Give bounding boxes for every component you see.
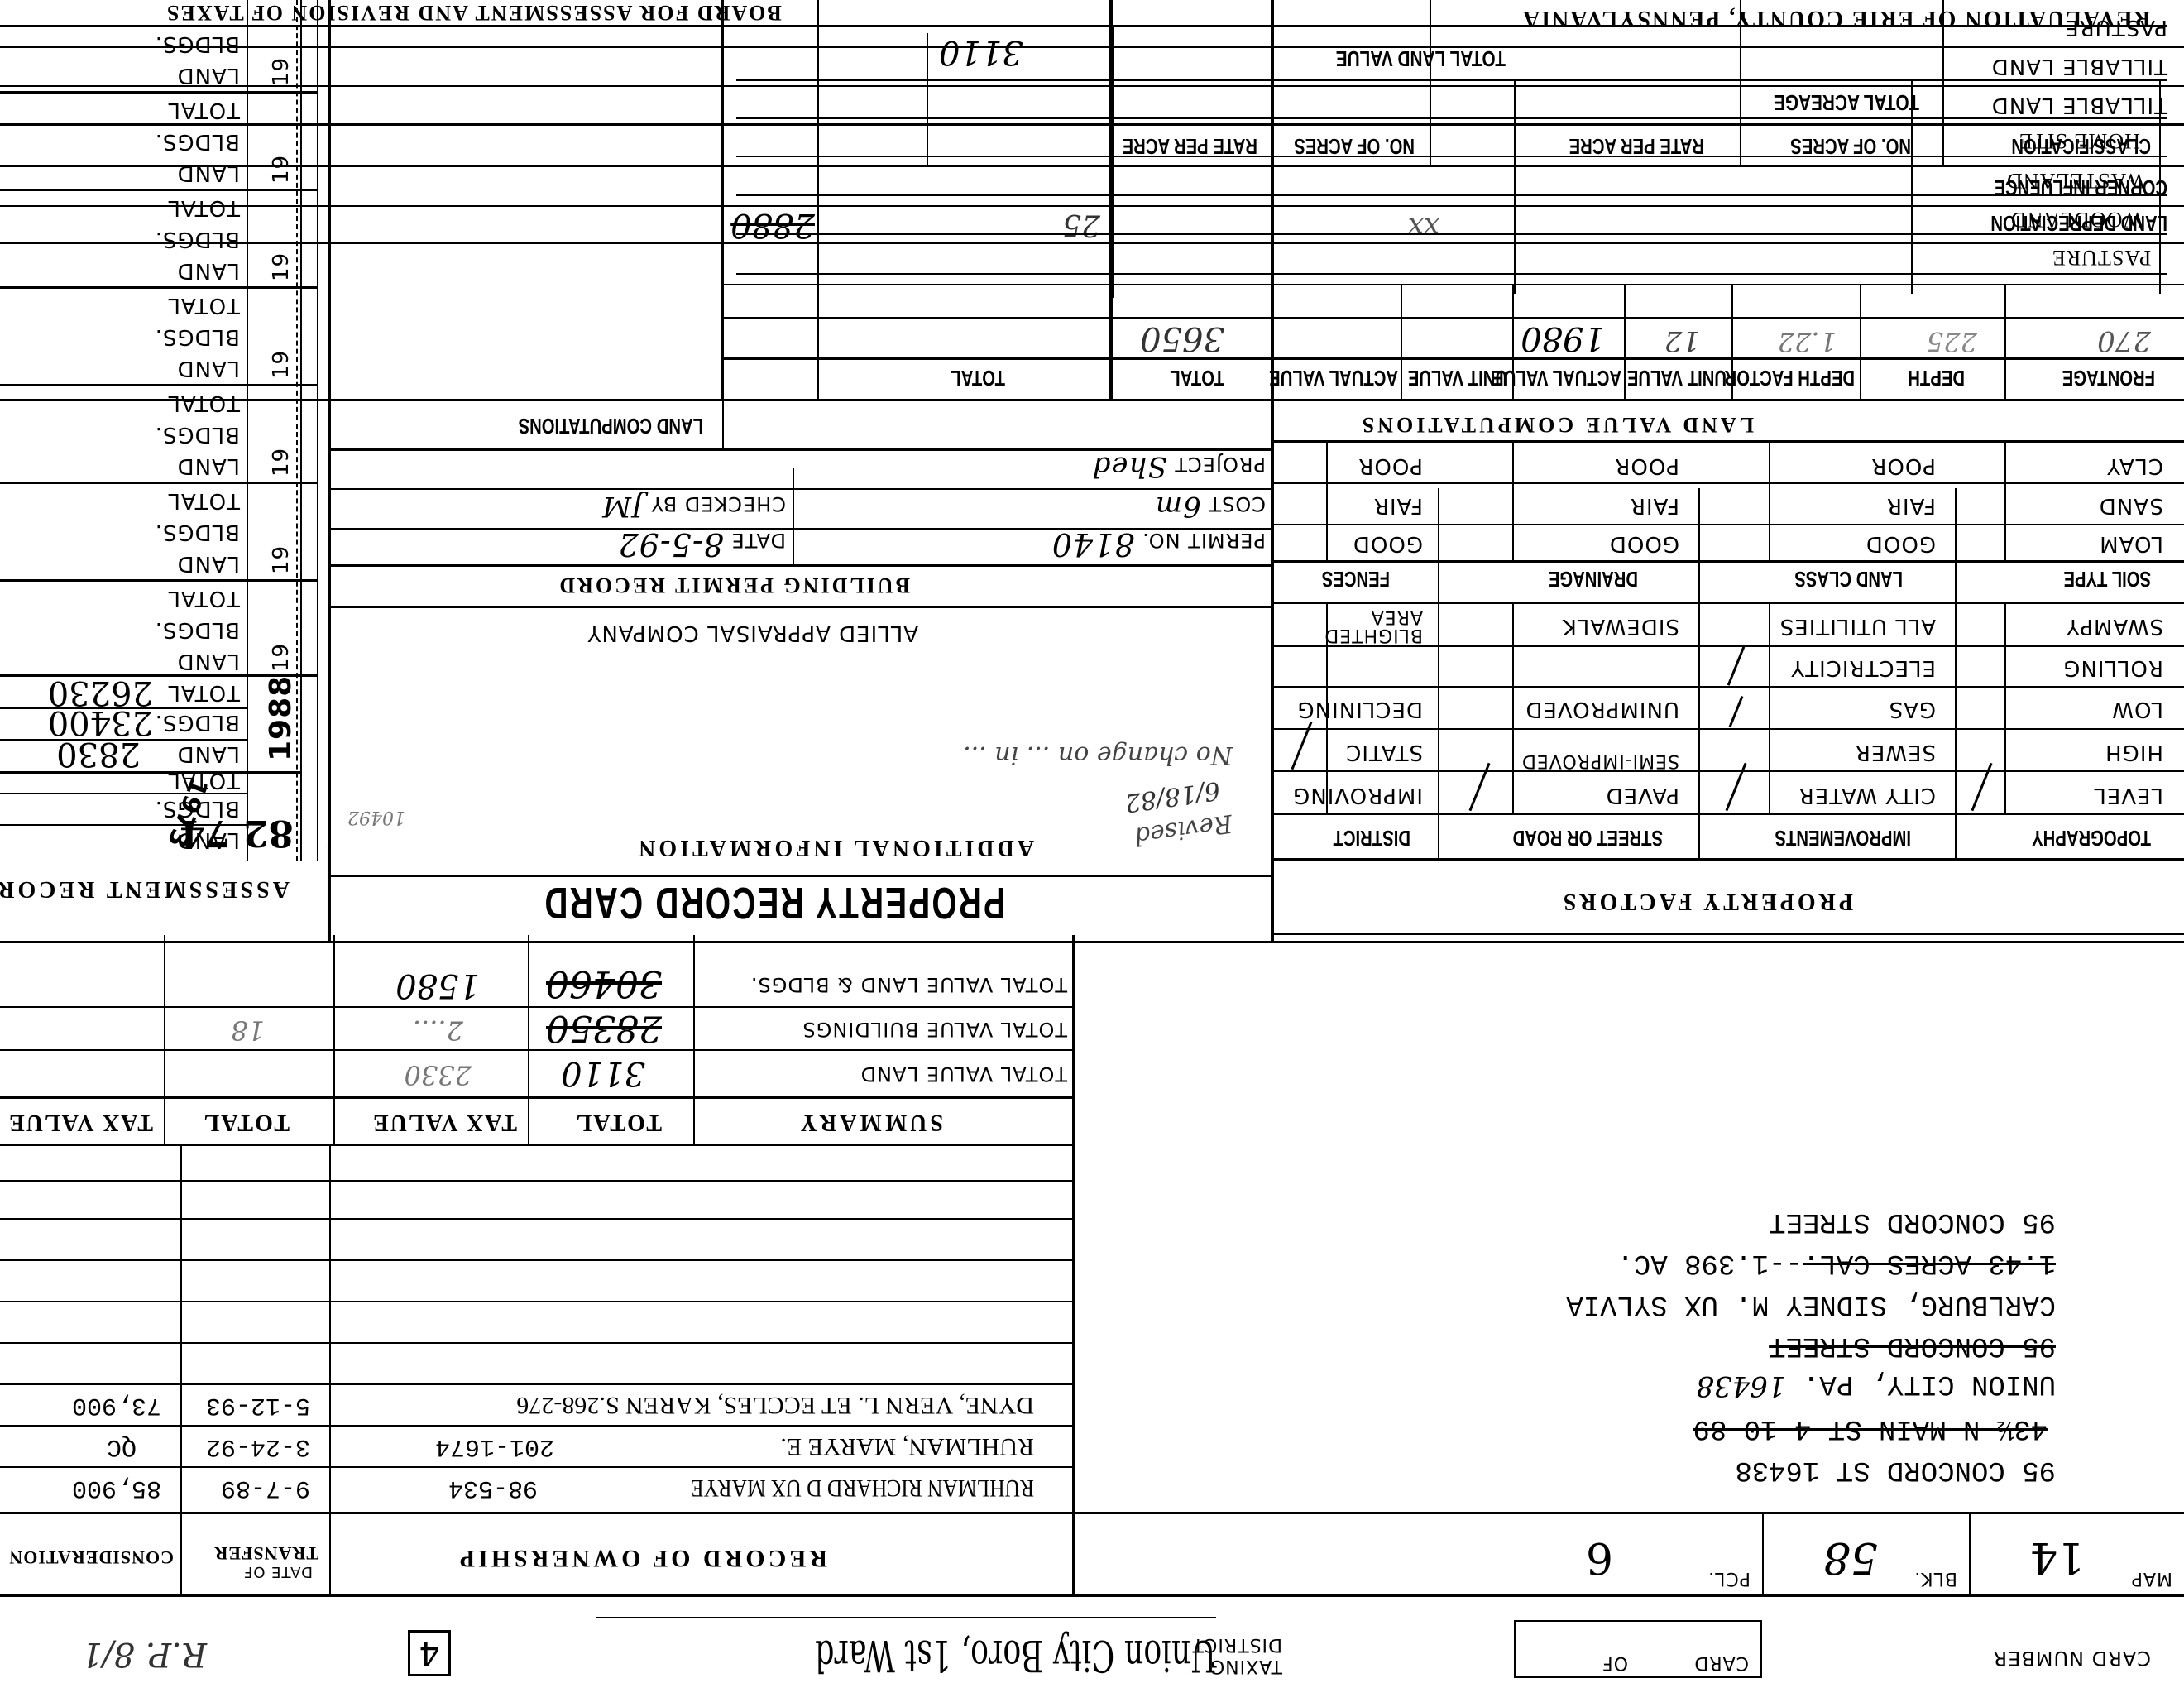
factor-label: ALL UTILITIES: [1779, 614, 1936, 639]
handwritten-note: 10492: [347, 807, 405, 827]
summary-value: 3110: [561, 1054, 645, 1092]
taxing-label-1: TAXING: [1209, 1656, 1282, 1676]
allied-appraisal-label: ALLIED APPRAISAL COMPANY: [587, 621, 918, 645]
handwritten-note: No change on ... in ...: [963, 741, 1233, 770]
pasture-label: PASTURE: [2052, 245, 2151, 270]
woodland-label: WOODLAND: [2010, 207, 2143, 232]
owner-name: CARLBURG, SIDNEY M. UX SYLVIA: [1566, 1288, 2056, 1320]
assessment-block: 19 LAND BLDGS. TOTAL: [0, 189, 318, 286]
total-land-value-header: TOTAL LAND VALUE: [1506, 46, 1837, 79]
col-unit-value: UNIT VALUE: [1627, 365, 1727, 391]
assessment-year: 19: [269, 350, 294, 379]
drainage-label: GOOD: [1609, 531, 1679, 556]
address-line: 95 CONCORD ST 16438: [1735, 1454, 2056, 1485]
total-acreage-label: TOTAL ACREAGE: [1774, 89, 1919, 115]
actual-value: 1980: [1521, 319, 1605, 357]
property-record-card-title: PROPERTY RECORD CARD: [543, 877, 1005, 928]
consideration: 85,900: [72, 1474, 161, 1502]
assessment-block: 19 LAND BLDGS. TOTAL: [0, 384, 318, 482]
depreciation-value: xx: [1408, 211, 1439, 244]
factor-label: UNIMPROVED: [1525, 697, 1679, 722]
assessment-label-bldgs: BLDGS.: [155, 710, 240, 735]
soil-label: LOAM: [2099, 531, 2163, 556]
summary-value: 1580: [395, 966, 480, 1005]
address-line: UNION CITY, PA. 16438: [1696, 1368, 2056, 1403]
assessment-label-land: LAND: [177, 649, 240, 674]
additional-information-title: ADDITIONAL INFORMATION: [635, 834, 1034, 861]
depreciation-value: 2880: [730, 206, 815, 244]
soil-label: CLAY: [2106, 453, 2163, 478]
blk-value: 58: [1823, 1532, 1878, 1582]
wasteland-label: WASTELAND: [2006, 168, 2145, 193]
checkmark-icon[interactable]: [1727, 646, 1746, 685]
signature: R.P. 8/1: [82, 1635, 207, 1673]
card-of-card-label: CARD: [1693, 1652, 1749, 1673]
assessment-label-total: TOTAL: [168, 680, 240, 705]
assessment-year: 19: [269, 643, 294, 672]
revaluation-title: REVALUATION OF ERIE COUNTY, PENNSYLVANIA: [1521, 5, 2151, 31]
assessment-label-land: LAND: [177, 453, 240, 478]
assessment-block: 19 LAND BLDGS. TOTAL: [0, 482, 318, 579]
assessment-year: 19: [269, 57, 294, 86]
assessment-block: 19 LAND BLDGS. TOTAL: [0, 91, 318, 189]
assessment-record-title: ASSESSMENT RECORD: [0, 875, 290, 902]
col-unit-value: UNIT VALUE: [1408, 365, 1507, 391]
date-of-label: DATE OF: [243, 1563, 313, 1580]
col-topography: TOPOGRAPHY: [2032, 825, 2151, 851]
assessment-label-bldgs: BLDGS.: [155, 31, 240, 56]
assessment-label-total: TOTAL: [168, 488, 240, 513]
pcl-value: 6: [1586, 1532, 1613, 1582]
pcl-field[interactable]: PCL. 6: [1075, 1514, 1762, 1597]
handwritten-note: Revised: [1133, 808, 1234, 851]
assessment-label-total: TOTAL: [168, 293, 240, 318]
summary-col-tax-value: TAX VALUE: [371, 1109, 517, 1135]
col-frontage: FRONTAGE: [2062, 365, 2155, 391]
factor-label: DECLINING: [1297, 697, 1423, 722]
factor-label: SIDEWALK: [1562, 614, 1679, 639]
transfer-date: 9-7-89: [221, 1474, 310, 1502]
col-land-class: LAND CLASS: [1794, 566, 1903, 592]
class-label: GOOD: [1865, 531, 1936, 556]
col-improvements: IMPROVEMENTS: [1774, 825, 1911, 851]
assessment-label-total: TOTAL: [168, 586, 240, 611]
board-title: BOARD FOR ASSESSMENT AND REVISION OF TAX…: [165, 0, 782, 25]
assessment-block: 19 LAND BLDGS. TOTAL: [0, 286, 318, 384]
assessment-year: 1988: [264, 675, 298, 761]
factor-label: PAVED: [1606, 783, 1679, 808]
card-of-box[interactable]: CARD OF: [1514, 1620, 1762, 1678]
col-soil-type: SOIL TYPE: [2063, 566, 2151, 592]
deed-book: 98-534: [448, 1474, 538, 1502]
frontage-value: 270: [2097, 324, 2151, 357]
factor-label: SWAMPY: [2066, 614, 2163, 639]
checkmark-icon[interactable]: [1729, 696, 1744, 727]
land-value-computations-title: LAND VALUE COMPUTATIONS: [1359, 412, 1754, 437]
blk-field[interactable]: BLK. 58: [1762, 1514, 1969, 1597]
summary-value: 28350: [546, 1007, 662, 1049]
assessment-label-bldgs: BLDGS.: [155, 422, 240, 447]
permit-cost-field[interactable]: COST 6m: [1155, 490, 1266, 523]
col-district: DISTRICT: [1333, 825, 1410, 851]
summary-value: 2....: [413, 1014, 463, 1046]
assessment-label-bldgs: BLDGS.: [155, 129, 240, 154]
map-label: MAP: [2131, 1568, 2172, 1589]
owner-name: RUHLMAN RICHARD D UX MARYE: [691, 1474, 1034, 1502]
blk-label: BLK.: [1913, 1568, 1957, 1589]
factor-label: STATIC: [1345, 740, 1423, 765]
transfer-date: 5-12-93: [206, 1391, 310, 1419]
assessment-label-land: LAND: [177, 551, 240, 576]
summary-value: 18: [231, 1014, 265, 1046]
drainage-label: FAIR: [1630, 493, 1679, 518]
home-site-label: HOME SITE: [2019, 128, 2140, 153]
summary-row-label: TOTAL VALUE LAND: [860, 1062, 1067, 1086]
factor-label: LEVEL: [2093, 783, 2163, 808]
consideration: QC: [107, 1432, 136, 1460]
fence-label: FAIR: [1373, 493, 1423, 518]
total-land-value-label: TOTAL LAND VALUE: [1336, 46, 1506, 71]
factor-label: SEWER: [1855, 740, 1936, 765]
assessment-total-value: 26230: [48, 674, 153, 712]
factor-label: SEMI-IMPROVED: [1514, 751, 1679, 770]
board-header: BOARD FOR ASSESSMENT AND REVISION OF TAX…: [165, 0, 869, 25]
transfer-label: TRANSFER: [213, 1542, 318, 1564]
factor-label: HIGH: [2105, 740, 2163, 765]
factor-label: LOW: [2111, 697, 2163, 722]
fence-label: POOR: [1358, 453, 1423, 478]
assessment-year: 19: [269, 252, 294, 281]
property-factors-title: PROPERTY FACTORS: [1560, 888, 1853, 914]
summary-col-total: TOTAL: [203, 1109, 290, 1135]
card-of-of-label: OF: [1602, 1652, 1628, 1673]
col-actual-value: ACTUAL VALUE: [1269, 365, 1398, 391]
depreciation-value: 25: [1062, 208, 1100, 242]
card-number-label: CARD NUMBER: [1993, 1648, 2152, 1668]
map-field[interactable]: MAP 14: [1969, 1514, 2184, 1597]
assessment-block: 19 LAND BLDGS. TOTAL: [0, 579, 318, 677]
address-line-struck: 43½ N MAIN ST 4-10-89: [1693, 1412, 2047, 1444]
col-fences: FENCES: [1322, 566, 1390, 592]
summary-value: 30460: [546, 962, 662, 1005]
owner-name: RUHLMAN, MARYE E.: [780, 1432, 1034, 1460]
factor-label: ELECTRICITY: [1790, 655, 1936, 680]
factor-label: CITY WATER: [1798, 783, 1936, 808]
permit-no-field[interactable]: PERMIT NO. 8140: [1051, 526, 1266, 563]
factor-label: GAS: [1889, 697, 1936, 722]
drainage-label: POOR: [1614, 453, 1679, 478]
address-line-struck: 95 CONCORD STREET: [1769, 1330, 2056, 1361]
fence-label: GOOD: [1353, 531, 1423, 556]
col-depth-factor: DEPTH FACTOR: [1725, 365, 1855, 391]
depth-factor-value: 1.22: [1778, 326, 1837, 357]
total-value: 3650: [1140, 319, 1224, 357]
factor-label: IMPROVING: [1292, 783, 1423, 808]
soil-label: SAND: [2099, 493, 2163, 518]
class-label: POOR: [1870, 453, 1936, 478]
property-address: 95 CONCORD STREET: [1769, 1206, 2056, 1237]
summary-title: SUMMARY: [797, 1109, 943, 1135]
land-computations-title: LAND COMPUTATIONS: [519, 413, 703, 439]
permit-date-field[interactable]: DATE 8-5-92: [618, 526, 786, 563]
acreage-line: 1.43 ACRES CAL.--1.398 AC.: [1617, 1247, 2057, 1278]
assessment-year: 19: [269, 448, 294, 477]
summary-col-tax-value: TAX VALUE: [7, 1109, 153, 1135]
assessment-label-land: LAND: [177, 258, 240, 283]
assessment-label-land: LAND: [177, 741, 240, 766]
ward-box: 4: [408, 1630, 451, 1676]
summary-row-label: TOTAL VALUE LAND & BLDGS.: [750, 973, 1067, 996]
pcl-label: PCL.: [1707, 1568, 1751, 1589]
col-street: STREET OR ROAD: [1513, 825, 1663, 851]
col-actual-value: ACTUAL VALUE: [1492, 365, 1621, 391]
class-label: FAIR: [1886, 493, 1936, 518]
ownership-title: RECORD OF OWNERSHIP: [457, 1544, 827, 1572]
assessment-label-land: LAND: [177, 356, 240, 381]
assessment-label-bldgs: BLDGS.: [155, 617, 240, 642]
deed-book: 201-1674: [435, 1432, 554, 1460]
factor-label: ROLLING: [2062, 655, 2163, 680]
classification-row: TILLABLE LAND: [1991, 54, 2167, 79]
summary-col-total: TOTAL: [575, 1109, 662, 1135]
unit-value: 12: [1664, 324, 1700, 357]
col-total: TOTAL: [951, 365, 1005, 391]
checked-by-field[interactable]: CHECKED BY JM: [601, 490, 786, 523]
assessment-label-bldgs: BLDGS.: [155, 227, 240, 252]
total-land-value: 3110: [939, 33, 1023, 71]
owner-name: DYNE, VERN L. ET ECCLES, KAREN S.268-276: [516, 1391, 1034, 1419]
summary-value: 2330: [405, 1059, 472, 1091]
assessment-label-total: TOTAL: [168, 391, 240, 415]
assessment-label-total: TOTAL: [168, 195, 240, 220]
revaluation-header: REVALUATION OF ERIE COUNTY, PENNSYLVANIA: [1406, 5, 2151, 38]
transfer-date: 3-24-92: [206, 1432, 310, 1460]
assessment-label-bldgs: BLDGS.: [155, 324, 240, 349]
assessment-label-land: LAND: [177, 161, 240, 185]
consideration-label: CONSIDERATION: [8, 1547, 174, 1568]
building-permit-title: BUILDING PERMIT RECORD: [557, 573, 910, 597]
map-value: 14: [2030, 1532, 2085, 1582]
col-depth: DEPTH: [1908, 365, 1965, 391]
taxing-district-value: Union City Boro, 1st Ward: [815, 1630, 1216, 1680]
factor-label: BLIGHTED AREA: [1282, 607, 1423, 644]
property-record-card: CARD NUMBER CARD OF TAXING DISTRICT Unio…: [0, 0, 2184, 1688]
assessment-year: 19: [269, 545, 294, 574]
assessment-label-land: LAND: [177, 63, 240, 88]
assessment-label-bldgs: BLDGS.: [155, 520, 240, 544]
depth-value: 225: [1927, 326, 1977, 357]
summary-row-label: TOTAL VALUE BUILDINGS: [802, 1018, 1067, 1041]
assessment-year: 19: [269, 155, 294, 184]
consideration: 73,900: [72, 1391, 161, 1419]
col-drainage: DRAINAGE: [1549, 566, 1638, 592]
col-total: TOTAL: [1170, 365, 1224, 391]
assessment-label-total: TOTAL: [168, 98, 240, 122]
permit-project-field[interactable]: PROJECT Shed: [1092, 450, 1266, 483]
